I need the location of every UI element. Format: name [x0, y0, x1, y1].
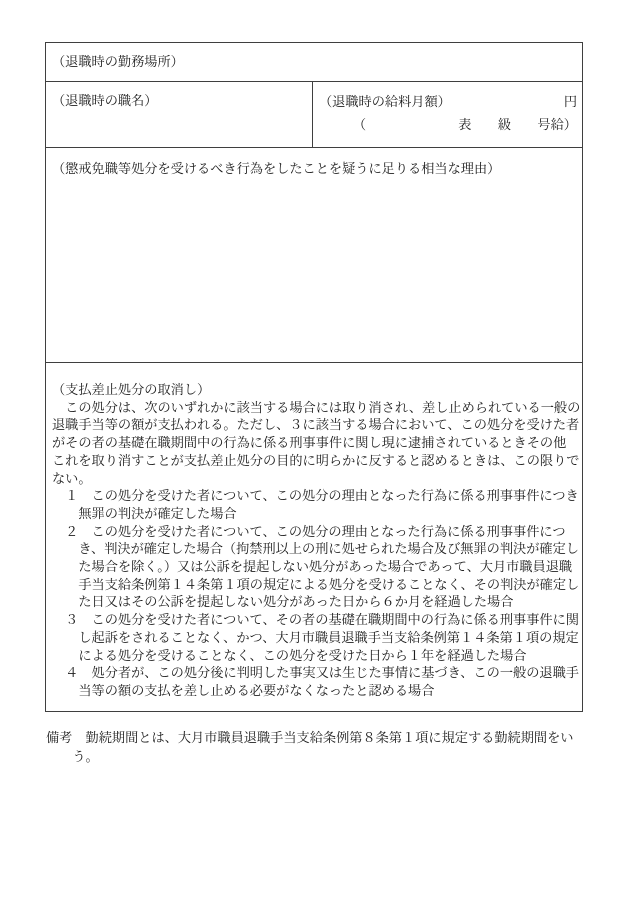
text-line: ３ この処分を受けた者について、その者の基礎在職期間中の行為に係る刑事事件に関 — [52, 611, 582, 629]
text-line: 当等の額の支払を差し止める必要がなくなったと認める場合 — [52, 682, 582, 700]
reason-cell: （懲戒免職等処分を受けるべき行為をしたことを疑うに足りる相当な理由） — [46, 148, 582, 363]
text-line: がその者の基礎在職期間中の行為に係る刑事事件に関し現に逮捕されているときその他 — [52, 434, 582, 452]
job-title-cell: （退職時の職名） — [46, 82, 313, 147]
text-line: し起訴をされることなく、かつ、大月市職員退職手当支給条例第１４条第１項の規定 — [52, 629, 582, 647]
text-line: ２ この処分を受けた者について、この処分の理由となった行為に係る刑事事件につ — [52, 523, 582, 541]
text-line: 退職手当等の額が支払われる。ただし、３に該当する場合において、この処分を受けた者 — [52, 416, 582, 434]
text-line: 備考 勤続期間とは、大月市職員退職手当支給条例第８条第１項に規定する勤続期間をい — [46, 728, 586, 747]
salary-unit-label: 円 — [564, 91, 577, 113]
text-line: ４ 処分者が、この処分後に判明した事実又は生じた事情に基づき、この一般の退職手 — [52, 664, 582, 682]
salary-grade-line: （ 表 級 号給） — [319, 113, 577, 136]
reason-label: （懲戒免職等処分を受けるべき行為をしたことを疑うに足りる相当な理由） — [52, 160, 577, 177]
salary-cell: （退職時の給料月額） 円 （ 表 級 号給） — [313, 82, 582, 147]
text-line: う。 — [46, 747, 586, 766]
text-line: による処分を受けることなく、この処分を受けた日から１年を経過した場合 — [52, 647, 582, 665]
text-line: 無罪の判決が確定した場合 — [52, 505, 582, 523]
text-line: これを取り消すことが支払差止処分の目的に明らかに反すると認めるときは、この限りで — [52, 452, 582, 470]
remarks-note: 備考 勤続期間とは、大月市職員退職手当支給条例第８条第１項に規定する勤続期間をい… — [46, 728, 586, 766]
document-page: （退職時の勤務場所） （退職時の職名） （退職時の給料月額） 円 （ 表 級 号… — [0, 0, 630, 903]
text-line: た日又はその公訴を提起しない処分があった日から６か月を経過した場合 — [52, 593, 582, 611]
workplace-label: （退職時の勤務場所） — [52, 53, 577, 70]
salary-label: （退職時の給料月額） — [319, 91, 451, 113]
workplace-cell: （退職時の勤務場所） — [46, 43, 582, 82]
text-line: 手当支給条例第１４条第１項の規定による処分を受けることなく、その判決が確定し — [52, 576, 582, 594]
job-title-salary-row: （退職時の職名） （退職時の給料月額） 円 （ 表 級 号給） — [46, 82, 582, 148]
salary-label-line: （退職時の給料月額） 円 — [319, 91, 577, 113]
form-table: （退職時の勤務場所） （退職時の職名） （退職時の給料月額） 円 （ 表 級 号… — [45, 42, 583, 712]
text-line: １ この処分を受けた者について、この処分の理由となった行為に係る刑事事件につき — [52, 487, 582, 505]
cancellation-text: この処分は、次のいずれかに該当する場合には取り消され、差し止められている一般の退… — [52, 399, 582, 700]
text-line: た場合を除く。）又は公訴を提起しない処分があった場合であって、大月市職員退職 — [52, 558, 582, 576]
cancellation-cell: （支払差止処分の取消し） この処分は、次のいずれかに該当する場合には取り消され、… — [46, 363, 582, 711]
job-title-label: （退職時の職名） — [52, 92, 307, 109]
text-line: き、判決が確定した場合（拘禁刑以上の刑に処せられた場合及び無罪の判決が確定し — [52, 540, 582, 558]
cancellation-title: （支払差止処分の取消し） — [52, 381, 582, 399]
text-line: この処分は、次のいずれかに該当する場合には取り消され、差し止められている一般の — [52, 399, 582, 417]
text-line: ない。 — [52, 470, 582, 488]
